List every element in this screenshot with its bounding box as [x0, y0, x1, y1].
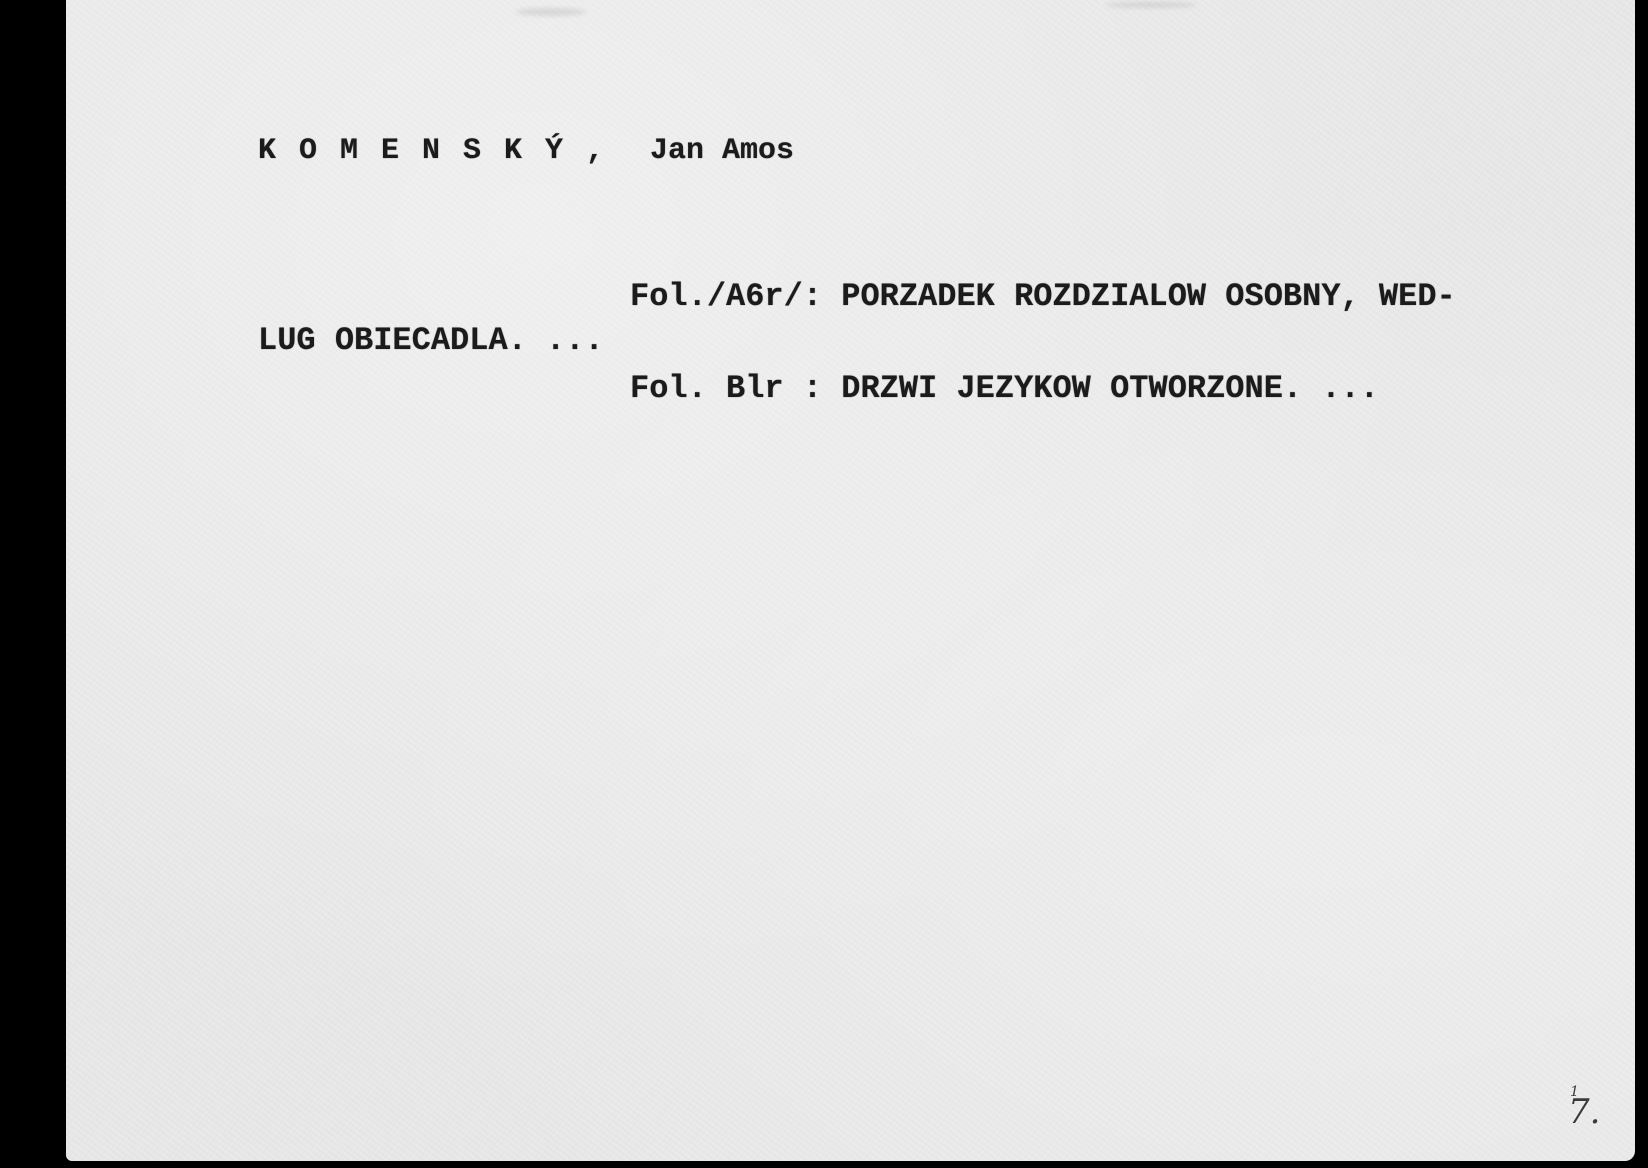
- entry-2-line-1: Fol. Blr : DRZWI JEZYKOW OTWORZONE. ...: [630, 370, 1379, 407]
- entry-2-title: DRZWI JEZYKOW OTWORZONE. ...: [841, 370, 1379, 407]
- entry-1-title: PORZADEK ROZDZIALOW OSOBNY, WED-: [841, 278, 1456, 315]
- handwritten-superscript: 1: [1570, 1084, 1579, 1100]
- entry-1-locator: Fol./A6r/:: [630, 278, 822, 315]
- catalog-card: KOMENSKÝ, Jan Amos Fol./A6r/: PORZADEK R…: [66, 0, 1635, 1161]
- handwritten-card-number: 1 7.: [1568, 1092, 1600, 1132]
- paper-smudge: [1106, 2, 1196, 8]
- heading-given-names: Jan Amos: [650, 134, 794, 168]
- heading-surname: KOMENSKÝ,: [258, 134, 627, 168]
- entry-1-line-1: Fol./A6r/: PORZADEK ROZDZIALOW OSOBNY, W…: [630, 278, 1456, 315]
- entry-2-locator: Fol. Blr :: [630, 370, 822, 407]
- entry-1-line-2: LUG OBIECADLA. ...: [258, 322, 604, 359]
- paper-smudge: [516, 8, 586, 16]
